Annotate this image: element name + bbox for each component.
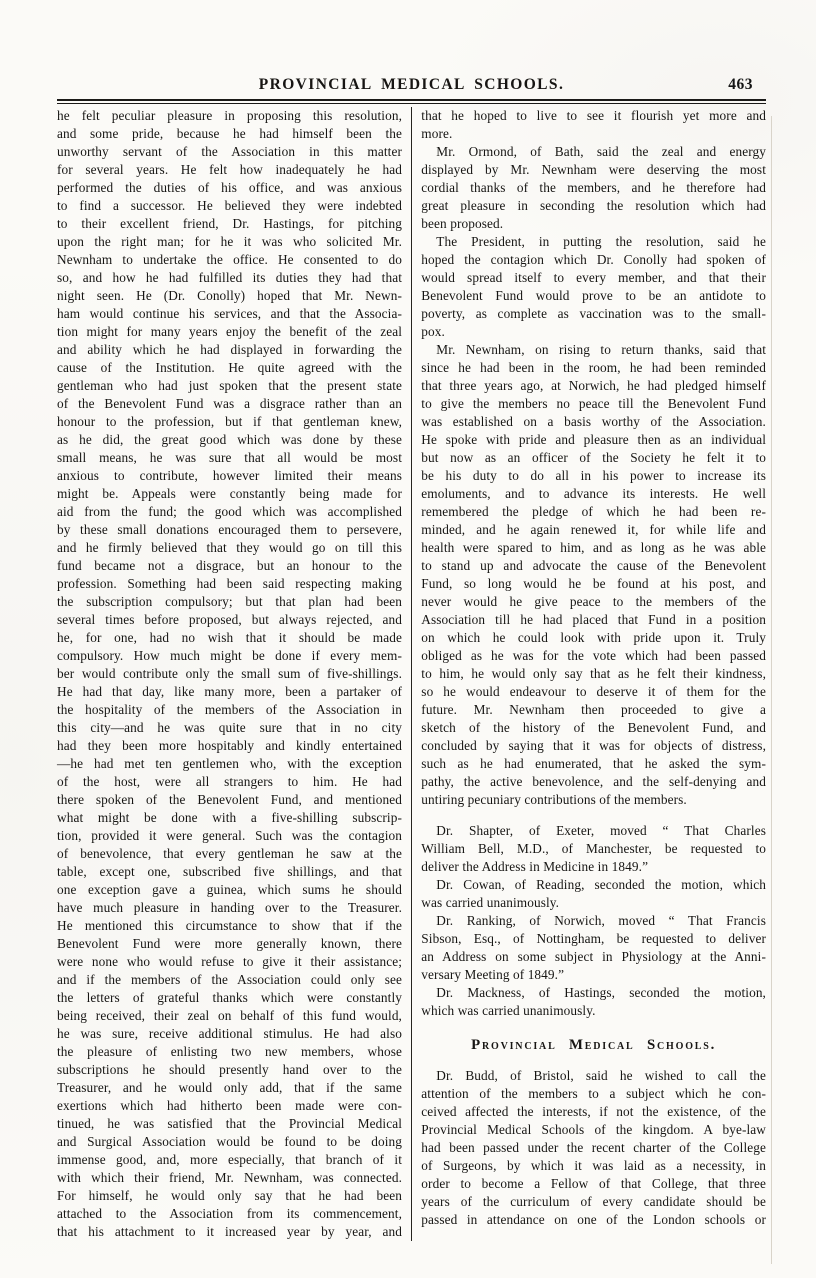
text-line: Benevolent Fund would prove to be an ant…: [421, 287, 766, 305]
text-line: He mentioned this circumstance to show t…: [57, 917, 402, 935]
text-line: passed in attendance on one of the Londo…: [421, 1211, 766, 1229]
text-line: had been passed under the recent charter…: [421, 1139, 766, 1157]
text-line: to him, he would only say that as he fel…: [421, 665, 766, 683]
text-line: to their excellent friend, Dr. Hastings,…: [57, 215, 402, 233]
paragraph: Mr. Ormond, of Bath, said the zeal and e…: [421, 143, 766, 233]
text-line: more.: [421, 125, 766, 143]
text-line: aid from the fund; the good which was ac…: [57, 503, 402, 521]
page-header: PROVINCIAL MEDICAL SCHOOLS. 463: [57, 76, 766, 98]
text-line: profession. Something had been said resp…: [57, 575, 402, 593]
text-line: table, except one, subscribed five shill…: [57, 863, 402, 881]
text-line: one exception gave a guinea, which sums …: [57, 881, 402, 899]
text-line: Dr. Ranking, of Norwich, moved “ That Fr…: [421, 912, 766, 930]
text-line: hoped the contagion which Dr. Conolly ha…: [421, 251, 766, 269]
section-heading: Provincial Medical Schools.: [421, 1036, 766, 1054]
text-line: cause of the Institution. He quite agree…: [57, 359, 402, 377]
text-line: Fund, so long would he be found at his p…: [421, 575, 766, 593]
text-columns: he felt peculiar pleasure in proposing t…: [57, 107, 766, 1241]
text-line: for several years. He felt how inadequat…: [57, 161, 402, 179]
text-line: upon the right man; for he it was who so…: [57, 233, 402, 251]
paragraph: The President, in putting the resolution…: [421, 233, 766, 341]
text-line: so, and how he had fulfilled its duties …: [57, 269, 402, 287]
text-line: Dr. Mackness, of Hastings, seconded the …: [421, 984, 766, 1002]
paragraph: Dr. Budd, of Bristol, said he wished to …: [421, 1067, 766, 1229]
text-line: displayed by Mr. Newnham were deserving …: [421, 161, 766, 179]
text-line: of Surgeons, by which it was laid as a n…: [421, 1157, 766, 1175]
header-rule: [57, 99, 766, 104]
text-line: and ability which he had displayed in fo…: [57, 341, 402, 359]
text-line: William Bell, M.D., of Manchester, be re…: [421, 840, 766, 858]
text-line: tion, provided it were general. Such was…: [57, 827, 402, 845]
text-line: —he had met ten gentlemen who, with the …: [57, 755, 402, 773]
text-line: order to become a Fellow of that College…: [421, 1175, 766, 1193]
text-line: obliged as he was for the vote which had…: [421, 647, 766, 665]
text-line: on which he could look with pride upon i…: [421, 629, 766, 647]
text-line: of the Benevolent Fund was a disgrace ra…: [57, 395, 402, 413]
text-line: Dr. Budd, of Bristol, said he wished to …: [421, 1067, 766, 1085]
paragraph: Dr. Mackness, of Hastings, seconded the …: [421, 984, 766, 1020]
text-line: have much pleasure in handing over to th…: [57, 899, 402, 917]
text-line: and Surgical Association would be found …: [57, 1133, 402, 1151]
text-line: several times before proposed, but alway…: [57, 611, 402, 629]
text-line: of the host, were all strangers to him. …: [57, 773, 402, 791]
paragraph: he felt peculiar pleasure in proposing t…: [57, 107, 402, 1241]
text-line: Benevolent Fund were more generally know…: [57, 935, 402, 953]
text-line: which was carried unanimously.: [421, 1002, 766, 1020]
text-line: that three years ago, at Norwich, he had…: [421, 377, 766, 395]
text-line: Mr. Newnham, on rising to return thanks,…: [421, 341, 766, 359]
text-line: would spread itself to every member, and…: [421, 269, 766, 287]
text-line: night seen. He (Dr. Conolly) hoped that …: [57, 287, 402, 305]
paragraph: Dr. Ranking, of Norwich, moved “ That Fr…: [421, 912, 766, 984]
text-line: to find a successor. He believed they we…: [57, 197, 402, 215]
text-line: The President, in putting the resolution…: [421, 233, 766, 251]
text-line: sketch of the history of the Benevolent …: [421, 719, 766, 737]
text-line: Provincial Medical Schools of the kingdo…: [421, 1121, 766, 1139]
text-line: unworthy servant of the Association in t…: [57, 143, 402, 161]
text-line: ber would contribute only the small sum …: [57, 665, 402, 683]
text-line: that his attachment to it increased year…: [57, 1223, 402, 1241]
text-line: deliver the Address in Medicine in 1849.…: [421, 858, 766, 876]
page-number: 463: [728, 76, 753, 94]
text-line: fund became not a disgrace, but an honou…: [57, 557, 402, 575]
text-line: and he firmly believed that they would g…: [57, 539, 402, 557]
text-line: Association till he had placed that Fund…: [421, 611, 766, 629]
text-line: Newnham to undertake the office. He cons…: [57, 251, 402, 269]
text-line: concluded by saying that it was for obje…: [421, 737, 766, 755]
text-line: there spoken of the Benevolent Fund, and…: [57, 791, 402, 809]
column-divider: [411, 107, 412, 1241]
text-line: to stand up and advocate the cause of th…: [421, 557, 766, 575]
text-line: Mr. Ormond, of Bath, said the zeal and e…: [421, 143, 766, 161]
text-line: he felt peculiar pleasure in proposing t…: [57, 107, 402, 125]
text-line: was carried unanimously.: [421, 894, 766, 912]
document-page: PROVINCIAL MEDICAL SCHOOLS. 463 he felt …: [0, 0, 816, 1278]
text-line: an Address on some subject in Physiology…: [421, 948, 766, 966]
text-line: subscriptions he should presently hand o…: [57, 1061, 402, 1079]
text-line: honour to the profession, but if that ge…: [57, 413, 402, 431]
text-line: anxious to contribute, however limited t…: [57, 467, 402, 485]
text-line: untiring pecuniary contributions of the …: [421, 791, 766, 809]
scan-edge-artifact: [771, 116, 772, 1264]
running-title: PROVINCIAL MEDICAL SCHOOLS.: [57, 76, 766, 94]
text-line: remembered the pledge of which he had be…: [421, 503, 766, 521]
text-line: the pleasure of enlisting two new member…: [57, 1043, 402, 1061]
text-line: as he did, the great good which was done…: [57, 431, 402, 449]
text-line: but now as an officer of the Society he …: [421, 449, 766, 467]
text-line: and if the members of the Association co…: [57, 971, 402, 989]
text-line: of benevolence, that every gentleman he …: [57, 845, 402, 863]
text-line: attached to the Association from its com…: [57, 1205, 402, 1223]
text-line: years of the curriculum of every candida…: [421, 1193, 766, 1211]
text-line: being received, their zeal on behalf of …: [57, 1007, 402, 1025]
text-line: the letters of grateful thanks which wer…: [57, 989, 402, 1007]
paragraph: Dr. Cowan, of Reading, seconded the moti…: [421, 876, 766, 912]
text-line: so he would endeavour to deserve it of t…: [421, 683, 766, 701]
text-line: tinued, he was satisfied that the Provin…: [57, 1115, 402, 1133]
text-line: small means, he was sure that all would …: [57, 449, 402, 467]
text-line: ham would continue his services, and tha…: [57, 305, 402, 323]
text-line: poverty, as complete as vaccination was …: [421, 305, 766, 323]
text-line: such as he had enumerated, that he asked…: [421, 755, 766, 773]
text-line: gentleman who had just spoken that the p…: [57, 377, 402, 395]
text-line: minded, and he again renewed it, for whi…: [421, 521, 766, 539]
left-column: he felt peculiar pleasure in proposing t…: [57, 107, 402, 1241]
text-line: versary Meeting of 1849.”: [421, 966, 766, 984]
text-line: Treasurer, and he would only add, that i…: [57, 1079, 402, 1097]
text-line: immense good, and, more especially, that…: [57, 1151, 402, 1169]
text-line: that he hoped to live to see it flourish…: [421, 107, 766, 125]
paragraph: Dr. Shapter, of Exeter, moved “ That Cha…: [421, 822, 766, 876]
text-line: been proposed.: [421, 215, 766, 233]
text-line: since he had been in the room, he had be…: [421, 359, 766, 377]
text-line: emoluments, and to advance its interests…: [421, 485, 766, 503]
text-line: might be. Appeals were constantly being …: [57, 485, 402, 503]
text-line: he was sure, receive additional stimulus…: [57, 1025, 402, 1043]
text-line: the hospitality of the members of the As…: [57, 701, 402, 719]
text-line: compulsory. How much might be done if ev…: [57, 647, 402, 665]
text-line: pathy, the active benevolence, and the s…: [421, 773, 766, 791]
text-line: with which their friend, Mr. Newnham, wa…: [57, 1169, 402, 1187]
text-line: were none who would refuse to give it th…: [57, 953, 402, 971]
text-line: Dr. Cowan, of Reading, seconded the moti…: [421, 876, 766, 894]
right-column: that he hoped to live to see it flourish…: [421, 107, 766, 1241]
text-line: and some pride, because he had himself b…: [57, 125, 402, 143]
text-line: was established on a basis worthy of the…: [421, 413, 766, 431]
text-line: Sibson, Esq., of Nottingham, be requeste…: [421, 930, 766, 948]
text-line: great pleasure in seconding the resoluti…: [421, 197, 766, 215]
text-line: to give the members no peace till the Be…: [421, 395, 766, 413]
text-line: future. Mr. Newnham then proceeded to gi…: [421, 701, 766, 719]
text-line: attention of the members to a subject wh…: [421, 1085, 766, 1103]
text-line: health were spared to him, and as long a…: [421, 539, 766, 557]
paragraph: Mr. Newnham, on rising to return thanks,…: [421, 341, 766, 809]
text-line: performed the duties of his office, and …: [57, 179, 402, 197]
text-line: ceived affected the interests, if not th…: [421, 1103, 766, 1121]
text-line: He had that day, like many more, been a …: [57, 683, 402, 701]
text-line: exertions which had hitherto been made w…: [57, 1097, 402, 1115]
text-line: For himself, he would only say that he h…: [57, 1187, 402, 1205]
text-line: this city—and he was quite sure that in …: [57, 719, 402, 737]
text-line: cordial thanks of the members, and he th…: [421, 179, 766, 197]
text-line: Dr. Shapter, of Exeter, moved “ That Cha…: [421, 822, 766, 840]
text-line: the subscription compulsory; but that pl…: [57, 593, 402, 611]
text-line: pox.: [421, 323, 766, 341]
text-line: He spoke with pride and pleasure then as…: [421, 431, 766, 449]
text-line: by these small donations encouraged them…: [57, 521, 402, 539]
text-line: tion might for many years enjoy the bene…: [57, 323, 402, 341]
text-line: what might be done with a five-shilling …: [57, 809, 402, 827]
text-line: be his duty to do all in his power to in…: [421, 467, 766, 485]
text-line: never would he give peace to the members…: [421, 593, 766, 611]
paragraph: that he hoped to live to see it flourish…: [421, 107, 766, 143]
text-line: he, for one, had no wish that it should …: [57, 629, 402, 647]
text-line: had they been more hospitably and kindly…: [57, 737, 402, 755]
